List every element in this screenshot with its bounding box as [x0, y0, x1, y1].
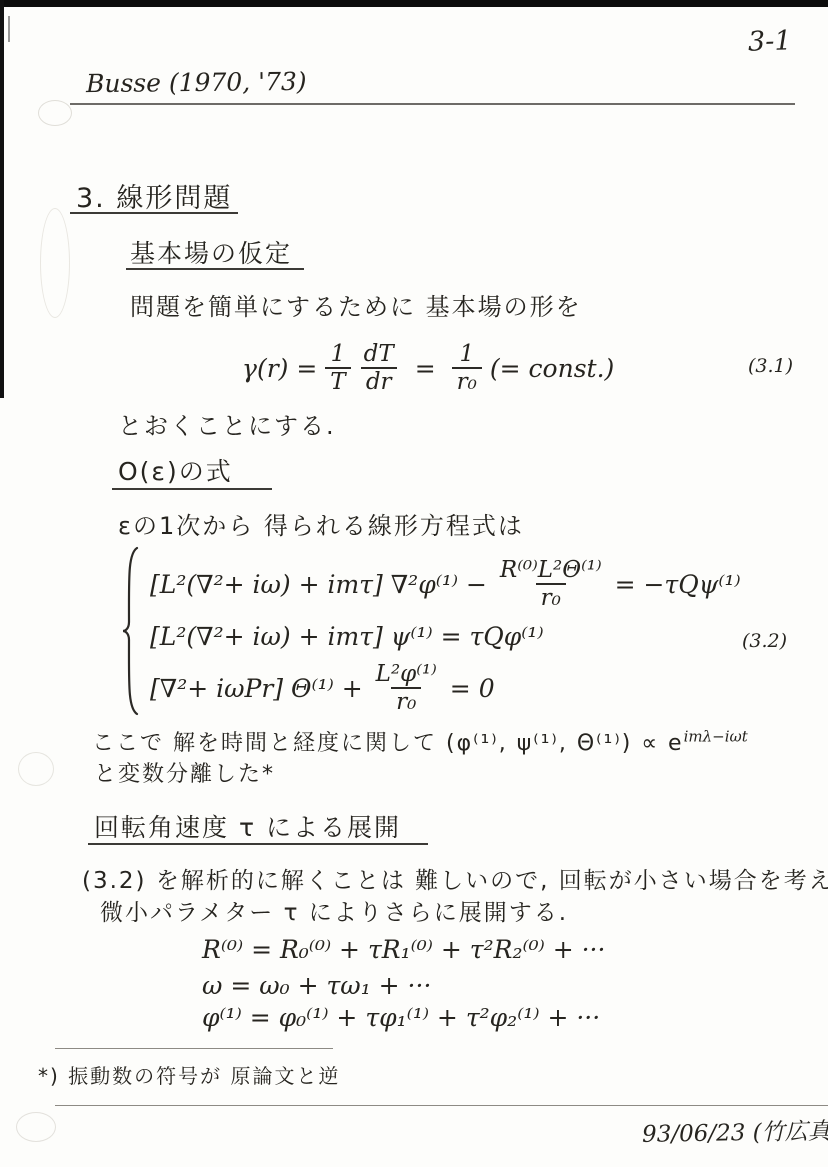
equation-label-3-2: (3.2): [742, 630, 787, 652]
expansion-eq-R: R⁽⁰⁾ = R₀⁽⁰⁾ + τR₁⁽⁰⁾ + τ²R₂⁽⁰⁾ + ···: [202, 932, 605, 968]
scan-artifact-mark: [8, 16, 10, 42]
footnote-text: *) 振動数の符号が 原論文と逆: [38, 1060, 341, 1089]
eq32-line1-post: = −τQψ⁽¹⁾: [615, 570, 741, 599]
equation-3-2-line3: [∇²+ iωPr] Θ⁽¹⁾ + L²φ⁽¹⁾ r₀ = 0: [150, 662, 495, 714]
binder-hole-shadow: [18, 752, 54, 786]
eq32-line1-pre: [L²(∇²+ iω) + imτ] ∇²φ⁽¹⁾ −: [150, 570, 487, 599]
eq31-const: (= const.): [490, 354, 614, 383]
note-separation-text: ここで 解を時間と経度に関して (φ⁽¹⁾, ψ⁽¹⁾, Θ⁽¹⁾) ∝ e: [92, 731, 684, 756]
paragraph-order-epsilon-intro: εの1次から 得られる線形方程式は: [118, 506, 524, 541]
equation-3-2-line1: [L²(∇²+ iω) + imτ] ∇²φ⁽¹⁾ − R⁽⁰⁾L²Θ⁽¹⁾ r…: [150, 558, 741, 610]
paragraph-expansion-1: (3.2) を解析的に解くことは 難しいので, 回転が小さい場合を考えて: [82, 862, 828, 895]
page-number: 3-1: [747, 25, 792, 57]
equation-3-1: γ(r) = 1 T dT dr = 1 r₀ (= const.): [242, 342, 614, 394]
eq32-line2-pre: [L²(∇²+ iω) + imτ] ψ⁽¹⁾ = τQφ⁽¹⁾: [150, 622, 544, 651]
scan-edge-top: [0, 0, 828, 7]
binder-hole-shadow: [16, 1112, 56, 1142]
paragraph-basic-field-outro: とおくことにする.: [118, 406, 336, 441]
system-brace-icon: [118, 546, 140, 716]
scan-edge-left: [0, 0, 4, 398]
footer-date: 93/06/23 (竹広真一): [642, 1112, 828, 1149]
binder-hole-shadow: [40, 208, 70, 318]
eq32-line1-frac: R⁽⁰⁾L²Θ⁽¹⁾ r₀: [495, 558, 607, 610]
note-separation-exponent: imλ−iωt: [684, 728, 748, 746]
note-separation-line2: と変数分離した*: [94, 757, 275, 788]
eq31-equals: =: [407, 354, 444, 383]
footnote-separator: [55, 1048, 333, 1049]
expansion-eq-omega: ω = ω₀ + τω₁ + ···: [202, 968, 431, 1004]
eq31-lhs: γ(r) =: [242, 354, 317, 383]
footer-rule: [55, 1105, 828, 1106]
expansion-eq-phi: φ⁽¹⁾ = φ₀⁽¹⁾ + τφ₁⁽¹⁾ + τ²φ₂⁽¹⁾ + ···: [202, 1000, 600, 1036]
heading-expansion-underline: [88, 843, 428, 845]
heading-basic-field: 基本場の仮定: [130, 234, 292, 270]
paragraph-basic-field-intro: 問題を簡単にするために 基本場の形を: [130, 287, 582, 322]
equation-label-3-1: (3.1): [748, 355, 793, 377]
binder-hole-shadow: [38, 100, 72, 126]
heading-basic-field-underline: [126, 268, 304, 270]
heading-order-epsilon-underline: [112, 488, 272, 490]
eq32-line3-frac: L²φ⁽¹⁾ r₀: [371, 662, 442, 714]
scanned-note-page: 3-1 Busse (1970, '73) 3. 線形問題 基本場の仮定 問題を…: [0, 0, 828, 1167]
eq32-line3-pre: [∇²+ iωPr] Θ⁽¹⁾ +: [150, 674, 363, 703]
paragraph-expansion-2: 微小パラメター τ によりさらに展開する.: [100, 894, 568, 927]
note-separation-line1: ここで 解を時間と経度に関して (φ⁽¹⁾, ψ⁽¹⁾, Θ⁽¹⁾) ∝ eim…: [92, 726, 748, 757]
heading-expansion: 回転角速度 τ による展開: [94, 808, 401, 844]
section-title: 3. 線形問題: [76, 176, 232, 215]
reference-title: Busse (1970, '73): [86, 67, 307, 98]
eq31-frac-dT-dr: dT dr: [359, 342, 399, 394]
eq32-line3-post: = 0: [450, 674, 495, 703]
eq31-frac-1-over-r0: 1 r₀: [452, 342, 482, 394]
eq31-frac-1-over-T: 1 T: [325, 342, 350, 394]
reference-underline: [70, 103, 795, 105]
section-title-underline: [70, 212, 238, 214]
equation-3-2-line2: [L²(∇²+ iω) + imτ] ψ⁽¹⁾ = τQφ⁽¹⁾: [150, 622, 544, 651]
heading-order-epsilon: O(ε)の式: [118, 452, 233, 488]
